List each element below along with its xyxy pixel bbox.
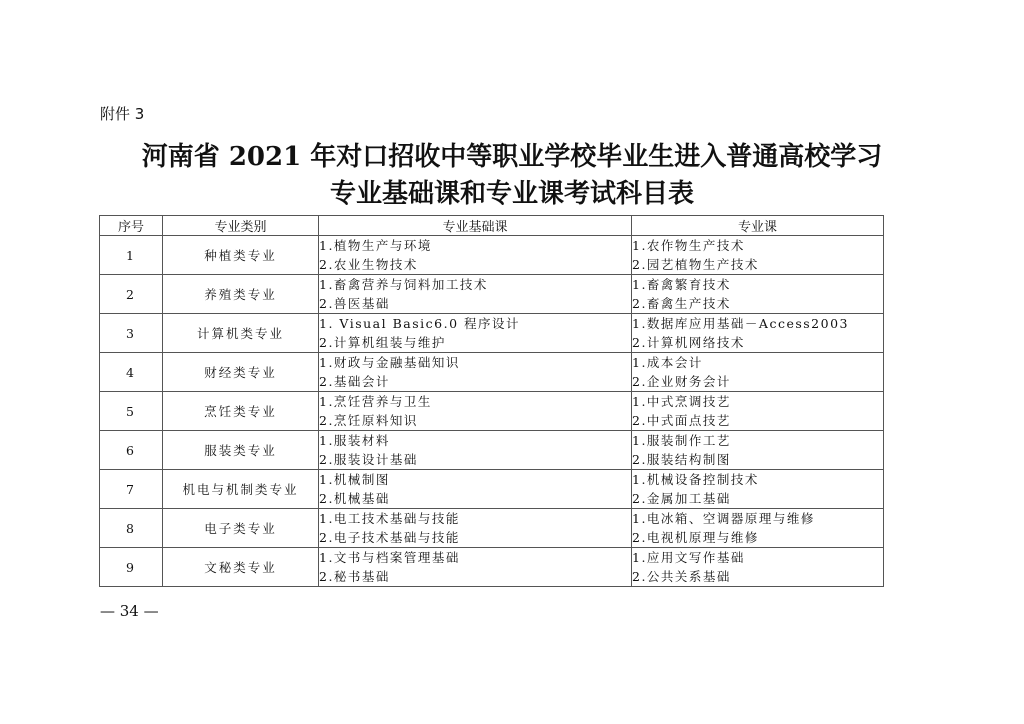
- header-category: 专业类别: [163, 216, 319, 236]
- row-number: 7: [100, 470, 163, 509]
- table-row: 3计算机类专业1. Visual Basic6.0 程序设计2.计算机组装与维护…: [100, 314, 884, 353]
- basic-course-item: 1.服装材料: [319, 431, 631, 450]
- major-category: 机电与机制类专业: [163, 470, 319, 509]
- major-courses-cell: 1.农作物生产技术2.园艺植物生产技术: [632, 236, 884, 275]
- major-course-item: 2.金属加工基础: [632, 489, 883, 508]
- major-course-item: 2.服装结构制图: [632, 450, 883, 469]
- major-course-item: 2.公共关系基础: [632, 567, 883, 586]
- basic-courses-cell: 1.财政与金融基础知识2.基础会计: [319, 353, 632, 392]
- table-header-row: 序号 专业类别 专业基础课 专业课: [100, 216, 884, 236]
- basic-course-item: 2.计算机组装与维护: [319, 333, 631, 352]
- basic-courses-cell: 1.植物生产与环境2.农业生物技术: [319, 236, 632, 275]
- row-number: 1: [100, 236, 163, 275]
- basic-course-item: 2.电子技术基础与技能: [319, 528, 631, 547]
- basic-course-item: 2.兽医基础: [319, 294, 631, 313]
- table-row: 2养殖类专业1.畜禽营养与饲料加工技术2.兽医基础1.畜禽繁育技术2.畜禽生产技…: [100, 275, 884, 314]
- major-category: 烹饪类专业: [163, 392, 319, 431]
- major-course-item: 2.畜禽生产技术: [632, 294, 883, 313]
- major-course-item: 1.机械设备控制技术: [632, 470, 883, 489]
- basic-course-item: 1.文书与档案管理基础: [319, 548, 631, 567]
- document-title-line2: 专业基础课和专业课考试科目表: [0, 173, 1024, 210]
- major-course-item: 2.中式面点技艺: [632, 411, 883, 430]
- table-row: 7机电与机制类专业1.机械制图2.机械基础1.机械设备控制技术2.金属加工基础: [100, 470, 884, 509]
- basic-course-item: 1.机械制图: [319, 470, 631, 489]
- table-row: 5烹饪类专业1.烹饪营养与卫生2.烹饪原料知识1.中式烹调技艺2.中式面点技艺: [100, 392, 884, 431]
- major-course-item: 1.畜禽繁育技术: [632, 275, 883, 294]
- basic-courses-cell: 1.服装材料2.服装设计基础: [319, 431, 632, 470]
- row-number: 4: [100, 353, 163, 392]
- basic-course-item: 1.畜禽营养与饲料加工技术: [319, 275, 631, 294]
- major-course-item: 1.电冰箱、空调器原理与维修: [632, 509, 883, 528]
- major-courses-cell: 1.中式烹调技艺2.中式面点技艺: [632, 392, 884, 431]
- basic-courses-cell: 1.烹饪营养与卫生2.烹饪原料知识: [319, 392, 632, 431]
- table-row: 8电子类专业1.电工技术基础与技能2.电子技术基础与技能1.电冰箱、空调器原理与…: [100, 509, 884, 548]
- basic-course-item: 1.财政与金融基础知识: [319, 353, 631, 372]
- major-course-item: 1.数据库应用基础－Access2003: [632, 314, 883, 333]
- row-number: 2: [100, 275, 163, 314]
- major-category: 服装类专业: [163, 431, 319, 470]
- major-courses-cell: 1.应用文写作基础2.公共关系基础: [632, 548, 884, 587]
- major-courses-cell: 1.数据库应用基础－Access20032.计算机网络技术: [632, 314, 884, 353]
- major-course-item: 2.计算机网络技术: [632, 333, 883, 352]
- basic-course-item: 2.服装设计基础: [319, 450, 631, 469]
- major-courses-cell: 1.电冰箱、空调器原理与维修2.电视机原理与维修: [632, 509, 884, 548]
- basic-course-item: 2.机械基础: [319, 489, 631, 508]
- basic-course-item: 1.烹饪营养与卫生: [319, 392, 631, 411]
- header-no: 序号: [100, 216, 163, 236]
- major-course-item: 2.企业财务会计: [632, 372, 883, 391]
- basic-courses-cell: 1.文书与档案管理基础2.秘书基础: [319, 548, 632, 587]
- basic-course-item: 2.基础会计: [319, 372, 631, 391]
- major-course-item: 1.中式烹调技艺: [632, 392, 883, 411]
- basic-course-item: 1.植物生产与环境: [319, 236, 631, 255]
- row-number: 9: [100, 548, 163, 587]
- basic-course-item: 1.电工技术基础与技能: [319, 509, 631, 528]
- major-category: 计算机类专业: [163, 314, 319, 353]
- row-number: 8: [100, 509, 163, 548]
- basic-course-item: 2.烹饪原料知识: [319, 411, 631, 430]
- major-category: 文秘类专业: [163, 548, 319, 587]
- table-row: 9文秘类专业1.文书与档案管理基础2.秘书基础1.应用文写作基础2.公共关系基础: [100, 548, 884, 587]
- major-category: 财经类专业: [163, 353, 319, 392]
- row-number: 3: [100, 314, 163, 353]
- basic-courses-cell: 1.电工技术基础与技能2.电子技术基础与技能: [319, 509, 632, 548]
- row-number: 6: [100, 431, 163, 470]
- page-number: — 34 —: [100, 602, 159, 620]
- major-category: 电子类专业: [163, 509, 319, 548]
- major-course-item: 1.农作物生产技术: [632, 236, 883, 255]
- table-row: 6服装类专业1.服装材料2.服装设计基础1.服装制作工艺2.服装结构制图: [100, 431, 884, 470]
- major-course-item: 1.成本会计: [632, 353, 883, 372]
- table-row: 1种植类专业1.植物生产与环境2.农业生物技术1.农作物生产技术2.园艺植物生产…: [100, 236, 884, 275]
- row-number: 5: [100, 392, 163, 431]
- major-category: 种植类专业: [163, 236, 319, 275]
- basic-courses-cell: 1.机械制图2.机械基础: [319, 470, 632, 509]
- major-courses-cell: 1.畜禽繁育技术2.畜禽生产技术: [632, 275, 884, 314]
- basic-course-item: 2.秘书基础: [319, 567, 631, 586]
- major-category: 养殖类专业: [163, 275, 319, 314]
- header-major-course: 专业课: [632, 216, 884, 236]
- attachment-label: 附件 3: [100, 103, 144, 124]
- header-basic-course: 专业基础课: [319, 216, 632, 236]
- basic-course-item: 1. Visual Basic6.0 程序设计: [319, 314, 631, 333]
- document-title-line1: 河南省 2021 年对口招收中等职业学校毕业生进入普通高校学习: [0, 136, 1024, 173]
- basic-courses-cell: 1. Visual Basic6.0 程序设计2.计算机组装与维护: [319, 314, 632, 353]
- major-courses-cell: 1.机械设备控制技术2.金属加工基础: [632, 470, 884, 509]
- major-course-item: 2.园艺植物生产技术: [632, 255, 883, 274]
- major-course-item: 1.应用文写作基础: [632, 548, 883, 567]
- major-courses-cell: 1.成本会计2.企业财务会计: [632, 353, 884, 392]
- major-course-item: 1.服装制作工艺: [632, 431, 883, 450]
- major-courses-cell: 1.服装制作工艺2.服装结构制图: [632, 431, 884, 470]
- basic-course-item: 2.农业生物技术: [319, 255, 631, 274]
- table-row: 4财经类专业1.财政与金融基础知识2.基础会计1.成本会计2.企业财务会计: [100, 353, 884, 392]
- exam-subjects-table: 序号 专业类别 专业基础课 专业课 1种植类专业1.植物生产与环境2.农业生物技…: [99, 215, 884, 587]
- basic-courses-cell: 1.畜禽营养与饲料加工技术2.兽医基础: [319, 275, 632, 314]
- major-course-item: 2.电视机原理与维修: [632, 528, 883, 547]
